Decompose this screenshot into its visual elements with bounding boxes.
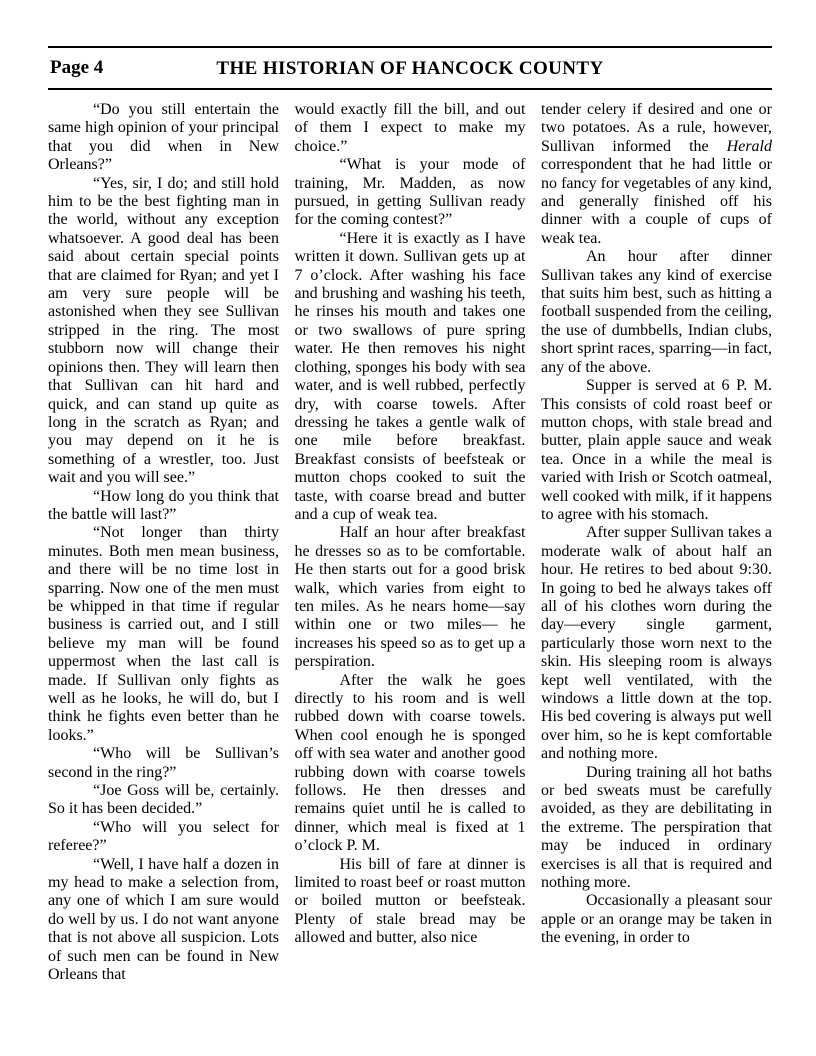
paragraph: After supper Sullivan takes a moderate w… <box>541 524 772 763</box>
paragraph: “Who will be Sullivan’s second in the ri… <box>48 745 279 782</box>
newspaper-title: THE HISTORIAN OF HANCOCK COUNTY <box>48 58 772 80</box>
paragraph: “What is your mode of training, Mr. Madd… <box>295 156 526 230</box>
paragraph: “How long do you think that the battle w… <box>48 488 279 525</box>
paragraph: “Joe Goss will be, certainly. So it has … <box>48 782 279 819</box>
newspaper-page: Page 4 THE HISTORIAN OF HANCOCK COUNTY “… <box>0 0 816 1056</box>
body-text: would exactly fill the bill, and out of … <box>295 101 526 155</box>
body-text: “What is your mode of training, Mr. Madd… <box>295 156 526 228</box>
paragraph: would exactly fill the bill, and out of … <box>295 101 526 156</box>
paragraph: Supper is served at 6 P. M. This consist… <box>541 377 772 524</box>
body-text: Supper is served at 6 P. M. This consist… <box>541 377 772 523</box>
paragraph: “Not longer than thirty minutes. Both me… <box>48 524 279 745</box>
body-text: “How long do you think that the battle w… <box>48 488 279 523</box>
body-text: During training all hot baths or bed swe… <box>541 764 772 891</box>
paragraph: “Well, I have half a dozen in my head to… <box>48 856 279 985</box>
page-header: Page 4 THE HISTORIAN OF HANCOCK COUNTY <box>48 46 772 90</box>
body-text: “Well, I have half a dozen in my head to… <box>48 856 279 983</box>
column-3: tender celery if desired and one or two … <box>541 101 772 985</box>
paragraph: During training all hot baths or bed swe… <box>541 764 772 893</box>
paragraph: After the walk he goes directly to his r… <box>295 672 526 856</box>
paragraph: His bill of fare at dinner is limited to… <box>295 856 526 948</box>
body-text: “Not longer than thirty minutes. Both me… <box>48 524 279 743</box>
column-2: would exactly fill the bill, and out of … <box>295 101 526 985</box>
paragraph: “Here it is exactly as I have written it… <box>295 230 526 525</box>
body-text: “Joe Goss will be, certainly. So it has … <box>48 782 279 817</box>
header-bottom-rule <box>48 88 772 90</box>
body-text: “Who will be Sullivan’s second in the ri… <box>48 745 279 780</box>
italic-text: Herald <box>727 138 772 155</box>
body-text: Occasionally a pleasant sour apple or an… <box>541 892 772 946</box>
header-row: Page 4 THE HISTORIAN OF HANCOCK COUNTY <box>48 48 772 88</box>
paragraph: “Yes, sir, I do; and still hold him to b… <box>48 175 279 488</box>
body-text: An hour after dinner Sullivan takes any … <box>541 248 772 375</box>
body-text: “Here it is exactly as I have written it… <box>295 230 526 523</box>
body-text: correspondent that he had little or no f… <box>541 156 772 247</box>
paragraph: tender celery if desired and one or two … <box>541 101 772 248</box>
paragraph: “Who will you select for referee?” <box>48 819 279 856</box>
body-text: Half an hour after breakfast he dresses … <box>295 524 526 670</box>
paragraph: An hour after dinner Sullivan takes any … <box>541 248 772 377</box>
body-text: After supper Sullivan takes a moderate w… <box>541 524 772 762</box>
paragraph: Half an hour after breakfast he dresses … <box>295 524 526 671</box>
paragraph: “Do you still entertain the same high op… <box>48 101 279 175</box>
article-columns: “Do you still entertain the same high op… <box>48 101 772 985</box>
column-1: “Do you still entertain the same high op… <box>48 101 279 985</box>
paragraph: Occasionally a pleasant sour apple or an… <box>541 892 772 947</box>
body-text: “Yes, sir, I do; and still hold him to b… <box>48 175 279 487</box>
body-text: His bill of fare at dinner is limited to… <box>295 856 526 947</box>
body-text: After the walk he goes directly to his r… <box>295 672 526 855</box>
body-text: “Who will you select for referee?” <box>48 819 279 854</box>
body-text: “Do you still entertain the same high op… <box>48 101 279 173</box>
